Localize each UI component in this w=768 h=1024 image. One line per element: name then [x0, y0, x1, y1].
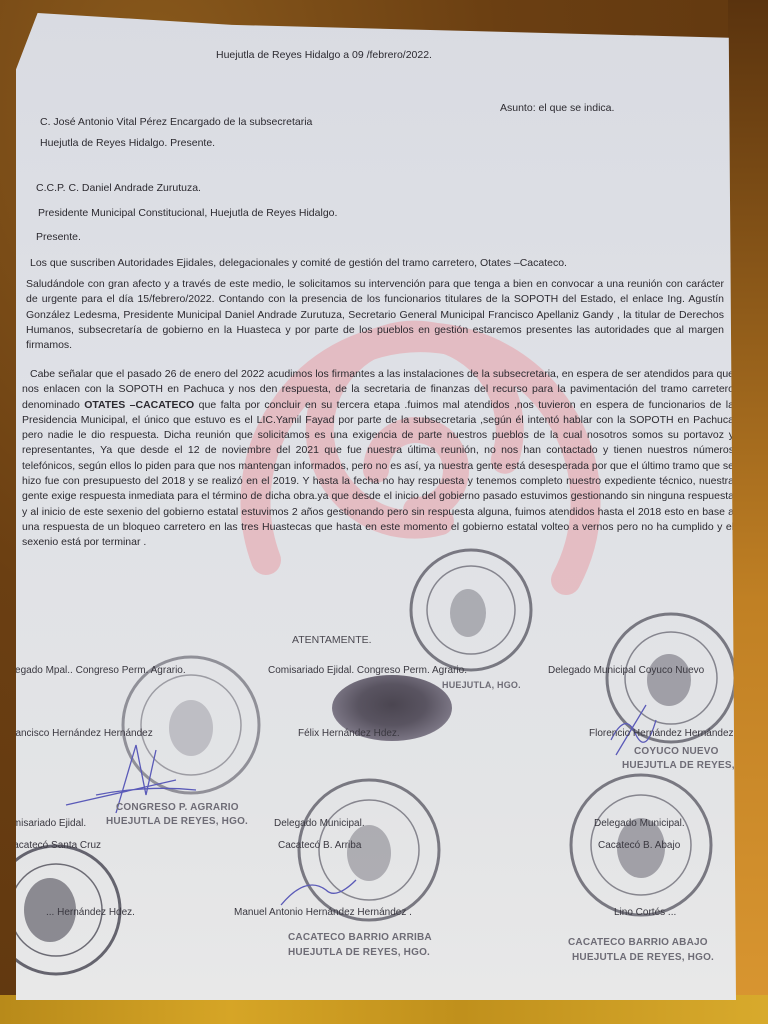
signatory-4-subtitle: Cacatecó Santa Cruz: [16, 840, 101, 851]
signature-scribble-icon: [276, 870, 366, 910]
ccp-title: Presidente Municipal Constitucional, Hue…: [38, 208, 337, 219]
seal-coyuco-nuevo-icon: [601, 608, 736, 748]
stamp-coyuco-2: HUEJUTLA DE REYES, HGO.: [622, 760, 736, 771]
signatory-5-subtitle: Cacatecó B. Arriba: [278, 840, 361, 851]
subject-line: Asunto: el que se indica.: [500, 103, 614, 114]
stamp-congreso-location: HUEJUTLA, HGO.: [442, 680, 521, 690]
signatory-3-title: Delegado Municipal Coyuco Nuevo: [548, 665, 704, 676]
signatory-5-name: Manuel Antonio Hernández Hernández .: [234, 907, 412, 918]
signatory-2-name: Félix Hernández Hdez.: [298, 728, 400, 739]
signatory-1-title: Delegado Mpal.. Congreso Perm. Agrario.: [16, 665, 186, 676]
signatory-4-name: ... Hernández Hdez.: [46, 907, 135, 918]
signatory-5-title: Delegado Municipal.: [274, 818, 365, 829]
ccp-present: Presente.: [36, 232, 81, 243]
closing: ATENTAMENTE.: [292, 635, 372, 646]
recipient-name: C. José Antonio Vital Pérez Encargado de…: [40, 117, 312, 128]
ccp-name: C.C.P. C. Daniel Andrade Zurutuza.: [36, 183, 201, 194]
signatory-1-name: Francisco Hernández Hernández: [16, 728, 153, 739]
paragraph-request: Saludándole con gran afecto y a través d…: [26, 277, 724, 353]
paragraph-background: Cabe señalar que el pasado 26 de enero d…: [22, 367, 734, 551]
letter-sheet: Huejutla de Reyes Hidalgo a 09 /febrero/…: [16, 10, 736, 1000]
recipient-location: Huejutla de Reyes Hidalgo. Presente.: [40, 138, 215, 149]
signatory-3-name: Florencio Hernández Hernández.: [589, 728, 736, 739]
signatory-6-title: Delegado Municipal.: [594, 818, 685, 829]
intro-line: Los que suscriben Autoridades Ejidales, …: [30, 258, 567, 269]
stamp-abajo-2: HUEJUTLA DE REYES, HGO.: [572, 952, 714, 963]
signatory-6-subtitle: Cacatecó B. Abajo: [598, 840, 680, 851]
stamp-arriba-2: HUEJUTLA DE REYES, HGO.: [288, 947, 430, 958]
stamp-congreso-2: HUEJUTLA DE REYES, HGO.: [106, 816, 248, 827]
seal-comisariado-icon: [406, 545, 536, 675]
signatory-2-title: Comisariado Ejidal. Congreso Perm. Agrar…: [268, 665, 467, 676]
signatory-4-title: Comisariado Ejidal.: [16, 818, 86, 829]
paragraph-background-rest: que falta por concluir en su tercera eta…: [22, 399, 734, 549]
place-date: Huejutla de Reyes Hidalgo a 09 /febrero/…: [216, 50, 432, 61]
stamp-abajo-1: CACATECO BARRIO ABAJO: [568, 937, 708, 948]
stamp-congreso-1: CONGRESO P. AGRARIO: [116, 802, 239, 813]
road-name: OTATES –CACATECO: [84, 399, 194, 411]
stamp-arriba-1: CACATECO BARRIO ARRIBA: [288, 932, 432, 943]
stamp-coyuco-1: COYUCO NUEVO: [634, 746, 719, 757]
signatory-6-name: Lino Cortés ...: [614, 907, 676, 918]
